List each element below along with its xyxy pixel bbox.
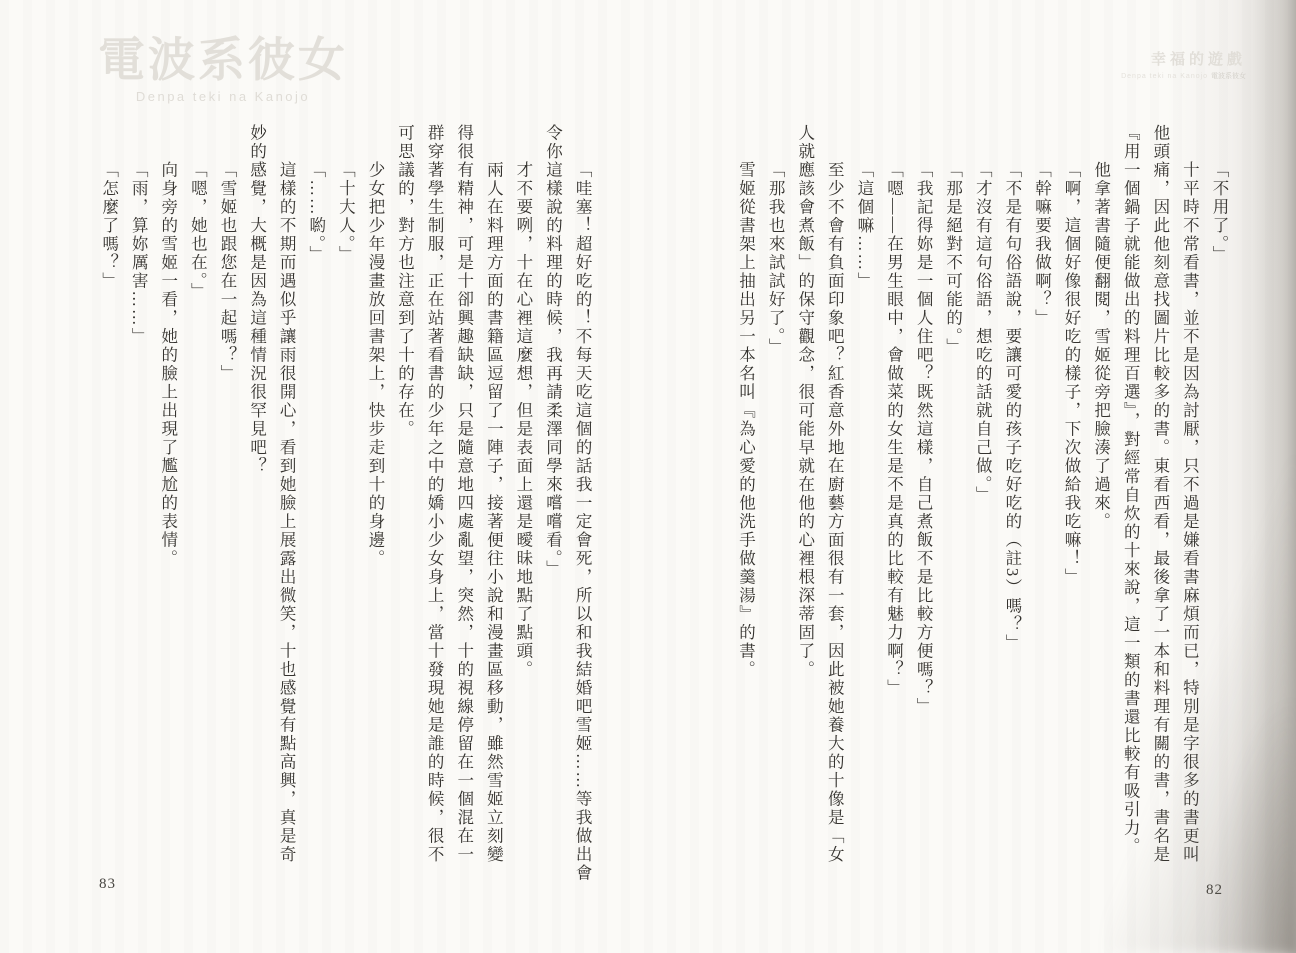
text-column: 他拿著書隨便翻閱，雪姬從旁把臉湊了過來。 [1086,124,1116,888]
text-column: 才不要咧，十在心裡這麼想，但是表面上還是曖昧地點了點頭。 [508,124,538,888]
text-column: 得很有精神，可是十卻興趣缺缺，只是隨意地四處亂望，突然，十的視線停留在一個混在一 [449,124,479,888]
text-column: 令你這樣說的料理的時候，我再請柔澤同學來嚐嚐看。」 [538,124,568,888]
text-column: 「……喲。」 [301,124,331,888]
text-column: 「那我也來試試好了。」 [761,124,791,888]
chapter-header: 幸福的遊戲 Denpa teki na Kanojo 電波系彼女 [1121,48,1246,81]
text-column: 「十大人。」 [331,124,361,888]
text-column: 「我記得妳是一個人住吧？既然這樣，自己煮飯不是比較方便嗎？」 [908,124,938,888]
text-column: 「那是絕對不可能的。」 [938,124,968,888]
text-column: 可思議的，對方也注意到了十的存在。 [390,124,420,888]
page-number-right: 82 [1206,882,1223,899]
text-column: 至少不會有負面印象吧？紅香意外地在廚藝方面很有一套，因此被她養大的十像是「女 [820,124,850,888]
text-column: 「嗯——在男生眼中，會做菜的女生是不是真的比較有魅力啊？」 [879,124,909,888]
chapter-subtitle-mini: 電波系彼女 [1211,73,1246,80]
text-column: 「雨，算妳厲害……」 [124,124,154,888]
chapter-title: 幸福的遊戲 [1121,48,1246,69]
text-column: 『用一個鍋子就能做出的料理百選』，對經常自炊的十來說，這一類的書還比較有吸引力。 [1116,124,1146,888]
text-column: 雪姬從書架上抽出另一本名叫『為心愛的他洗手做羹湯』的書。 [731,124,761,888]
text-column: 「才沒有這句俗語，想吃的話就自己做。」 [968,124,998,888]
text-column: 「幹嘛要我做啊？」 [1027,124,1057,888]
text-column: 人就應該會煮飯」的保守觀念，很可能早就在他的心裡根深蒂固了。 [790,124,820,888]
text-column: 他頭痛，因此他刻意找圖片比較多的書。東看西看，最後拿了一本和料理有關的書，書名是 [1145,124,1175,888]
text-column: 妙的感覺，大概是因為這種情況很罕見吧？ [242,124,272,888]
chapter-subtitle-roman: Denpa teki na Kanojo [1121,73,1208,80]
text-column: 少女把少年漫畫放回書架上，快步走到十的身邊。 [360,124,390,888]
book-logo-romanization: Denpa teki na Kanojo [98,89,348,104]
page-number-left: 83 [99,876,116,893]
text-column: 「哇塞！超好吃的！不每天吃這個的話我一定會死，所以和我結婚吧雪姬……等我做出會 [568,124,598,888]
scan-edge-shadow [1250,0,1296,953]
left-page-text-block: 「哇塞！超好吃的！不每天吃這個的話我一定會死，所以和我結婚吧雪姬……等我做出會令… [94,124,597,888]
book-spread: 電波系彼女 Denpa teki na Kanojo 幸福的遊戲 Denpa t… [0,0,1296,953]
text-column: 兩人在料理方面的書籍區逗留了一陣子，接著便往小說和漫畫區移動，雖然雪姬立刻變 [479,124,509,888]
right-page-text-block: 「不用了。」十平時不常看書，並不是因為討厭，只不過是嫌看書麻煩而已，特別是字很多… [731,124,1234,888]
text-column: 「啊，這個好像很好吃的樣子，下次做給我吃嘛！」 [1056,124,1086,888]
text-column: 「雪姬也跟您在一起嗎？」 [212,124,242,888]
text-column: 「不用了。」 [1204,124,1234,888]
chapter-subtitle: Denpa teki na Kanojo 電波系彼女 [1121,71,1246,81]
book-logo: 電波系彼女 Denpa teki na Kanojo [98,36,348,104]
text-column: 十平時不常看書，並不是因為討厭，只不過是嫌看書麻煩而已，特別是字很多的書更叫 [1175,124,1205,888]
book-logo-title: 電波系彼女 [98,36,348,83]
text-column: 這樣的不期而遇似乎讓雨很開心，看到她臉上展露出微笑，十也感覺有點高興，真是奇 [272,124,302,888]
text-column: 「怎麼了嗎？」 [94,124,124,888]
text-column: 「嗯，她也在。」 [183,124,213,888]
text-column: 「這個嘛……」 [849,124,879,888]
text-column: 「不是有句俗語說，要讓可愛的孩子吃好吃的（註3）嗎？」 [997,124,1027,888]
text-column: 群穿著學生制服，正在站著看書的少年之中的嬌小少女身上，當十發現她是誰的時候，很不 [420,124,450,888]
text-column: 向身旁的雪姬一看，她的臉上出現了尷尬的表情。 [153,124,183,888]
